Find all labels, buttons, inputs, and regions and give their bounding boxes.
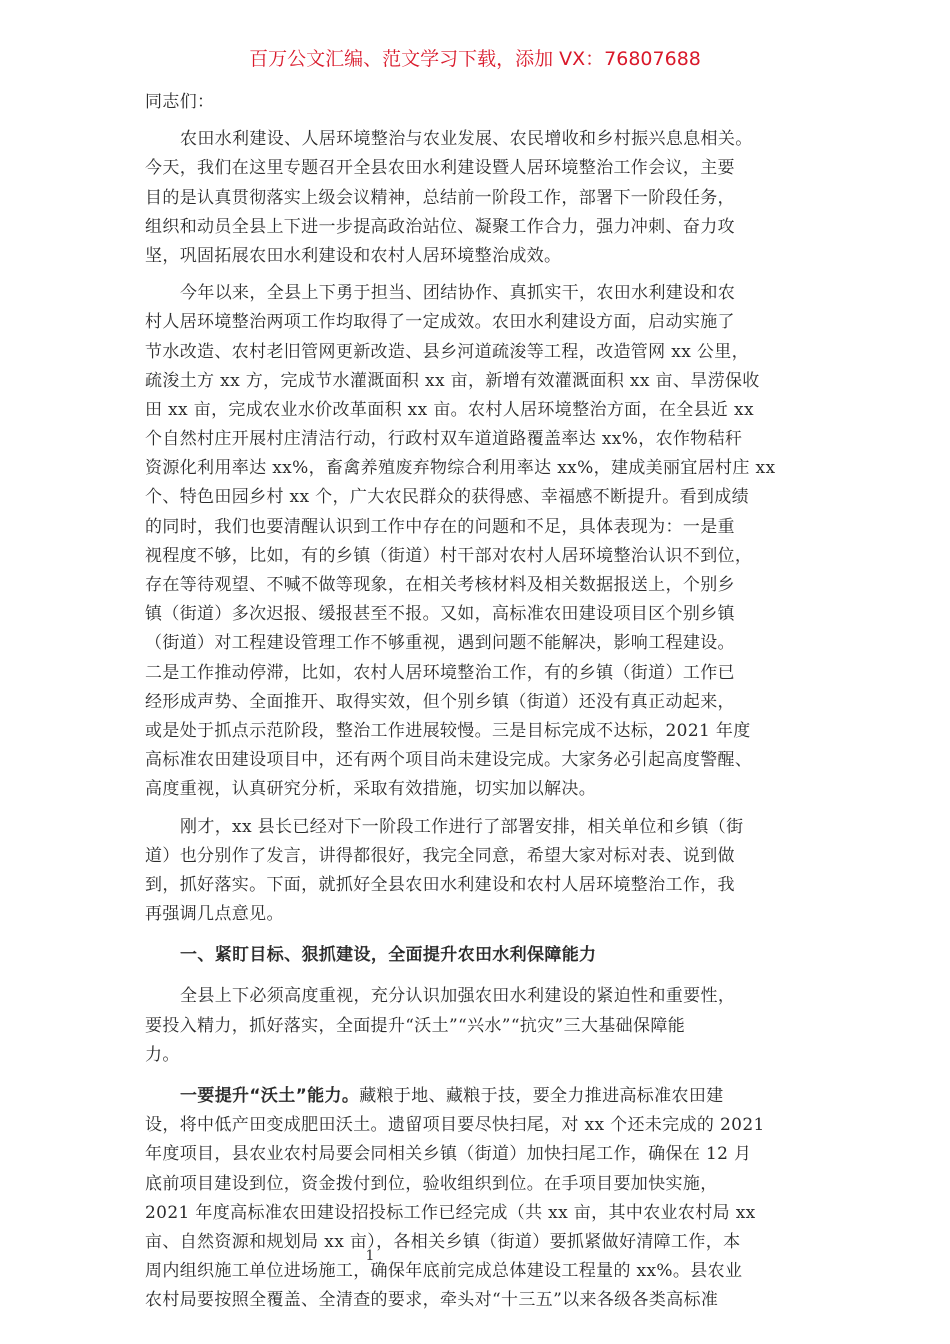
- paragraph-line: 村人居环境整治两项工作均取得了一定成效。农田水利建设方面，启动实施了: [145, 308, 810, 337]
- paragraph-line: 坚，巩固拓展农田水利建设和农村人居环境整治成效。: [145, 242, 810, 271]
- document-body: 同志们： 农田水利建设、人居环境整治与农业发展、农民增收和乡村振兴息息相关。 今…: [145, 88, 810, 1316]
- paragraph-line: 2021 年度高标准农田建设招投标工作已经完成（共 xx 亩，其中农业农村局 x…: [145, 1199, 810, 1228]
- paragraph-line: 目的是认真贯彻落实上级会议精神，总结前一阶段工作，部署下一阶段任务，: [145, 184, 810, 213]
- paragraph-line: 疏浚土方 xx 方，完成节水灌溉面积 xx 亩，新增有效灌溉面积 xx 亩、旱涝…: [145, 367, 810, 396]
- paragraph-line: 周内组织施工单位进场施工，确保年底前完成总体建设工程量的 xx%。县农业: [145, 1257, 810, 1286]
- section-paragraph: 全县上下必须高度重视，充分认识加强农田水利建设的紧迫性和重要性， 要投入精力，抓…: [145, 982, 810, 1070]
- subsection-first-line: 藏粮于地、藏粮于技，要全力推进高标准农田建: [359, 1086, 723, 1106]
- paragraph-line: 存在等待观望、不喊不做等现象，在相关考核材料及相关数据报送上，个别乡: [145, 571, 810, 600]
- paragraph-line: 高标准农田建设项目中，还有两个项目尚未建设完成。大家务必引起高度警醒、: [145, 746, 810, 775]
- paragraph-3: 刚才，xx 县长已经对下一阶段工作进行了部署安排，相关单位和乡镇（街 道）也分别…: [145, 813, 810, 930]
- paragraph-line: 刚才，xx 县长已经对下一阶段工作进行了部署安排，相关单位和乡镇（街: [145, 813, 810, 842]
- paragraph-line: 视程度不够，比如，有的乡镇（街道）村干部对农村人居环境整治认识不到位，: [145, 542, 810, 571]
- page-number: 1: [360, 1248, 380, 1264]
- paragraph-line: （街道）对工程建设管理工作不够重视，遇到问题不能解决，影响工程建设。: [145, 629, 810, 658]
- paragraph-line: 全县上下必须高度重视，充分认识加强农田水利建设的紧迫性和重要性，: [145, 982, 810, 1011]
- subsection-paragraph: 一要提升“沃土”能力。藏粮于地、藏粮于技，要全力推进高标准农田建 设，将中低产田…: [145, 1082, 810, 1316]
- paragraph-line: 个自然村庄开展村庄清洁行动，行政村双车道道路覆盖率达 xx%，农作物秸秆: [145, 425, 810, 454]
- paragraph-line: 组织和动员全县上下进一步提高政治站位、凝聚工作合力，强力冲刺、奋力攻: [145, 213, 810, 242]
- paragraph-line: 田 xx 亩，完成农业水价改革面积 xx 亩。农村人居环境整治方面，在全县近 x…: [145, 396, 810, 425]
- paragraph-line: 的同时，我们也要清醒认识到工作中存在的问题和不足，具体表现为：一是重: [145, 513, 810, 542]
- paragraph-line: 高度重视，认真研究分析，采取有效措施，切实加以解决。: [145, 775, 810, 804]
- paragraph-line: 一要提升“沃土”能力。藏粮于地、藏粮于技，要全力推进高标准农田建: [145, 1082, 810, 1111]
- paragraph-line: 二是工作推动停滞，比如，农村人居环境整治工作，有的乡镇（街道）工作已: [145, 659, 810, 688]
- section-heading: 一、紧盯目标、狠抓建设，全面提升农田水利保障能力: [145, 941, 810, 970]
- paragraph-line: 底前项目建设到位，资金拨付到位，验收组织到位。在手项目要加快实施，: [145, 1170, 810, 1199]
- paragraph-line: 道）也分别作了发言，讲得都很好，我完全同意，希望大家对标对表、说到做: [145, 842, 810, 871]
- salutation: 同志们：: [145, 88, 810, 117]
- paragraph-line: 经形成声势、全面推开、取得实效，但个别乡镇（街道）还没有真正动起来，: [145, 688, 810, 717]
- paragraph-line: 镇（街道）多次迟报、缓报甚至不报。又如，高标准农田建设项目区个别乡镇: [145, 600, 810, 629]
- paragraph-line: 个、特色田园乡村 xx 个，广大农民群众的获得感、幸福感不断提升。看到成绩: [145, 483, 810, 512]
- paragraph-line: 要投入精力，抓好落实，全面提升“沃土”“兴水”“抗灾”三大基础保障能: [145, 1012, 810, 1041]
- paragraph-line: 节水改造、农村老旧管网更新改造、县乡河道疏浚等工程，改造管网 xx 公里，: [145, 338, 810, 367]
- paragraph-line: 再强调几点意见。: [145, 900, 810, 929]
- paragraph-line: 或是处于抓点示范阶段，整治工作进展较慢。三是目标完成不达标，2021 年度: [145, 717, 810, 746]
- paragraph-2: 今年以来，全县上下勇于担当、团结协作、真抓实干，农田水利建设和农 村人居环境整治…: [145, 279, 810, 804]
- subsection-lead: 一要提升“沃土”能力。: [180, 1086, 359, 1106]
- paragraph-line: 今年以来，全县上下勇于担当、团结协作、真抓实干，农田水利建设和农: [145, 279, 810, 308]
- paragraph-line: 到，抓好落实。下面，就抓好全县农田水利建设和农村人居环境整治工作，我: [145, 871, 810, 900]
- paragraph-line: 设，将中低产田变成肥田沃土。遗留项目要尽快扫尾，对 xx 个还未完成的 2021: [145, 1111, 810, 1140]
- paragraph-1: 农田水利建设、人居环境整治与农业发展、农民增收和乡村振兴息息相关。 今天，我们在…: [145, 125, 810, 271]
- paragraph-line: 农村局要按照全覆盖、全清查的要求，牵头对“十三五”以来各级各类高标准: [145, 1286, 810, 1315]
- paragraph-line: 力。: [145, 1041, 810, 1070]
- paragraph-line: 今天，我们在这里专题召开全县农田水利建设暨人居环境整治工作会议，主要: [145, 154, 810, 183]
- paragraph-line: 亩、自然资源和规划局 xx 亩），各相关乡镇（街道）要抓紧做好清障工作，本: [145, 1228, 810, 1257]
- watermark-banner: 百万公文汇编、范文学习下载，添加 VX：76807688: [0, 44, 950, 71]
- paragraph-line: 农田水利建设、人居环境整治与农业发展、农民增收和乡村振兴息息相关。: [145, 125, 810, 154]
- paragraph-line: 资源化利用率达 xx%，畜禽养殖废弃物综合利用率达 xx%，建成美丽宜居村庄 x…: [145, 454, 810, 483]
- paragraph-line: 年度项目，县农业农村局要会同相关乡镇（街道）加快扫尾工作，确保在 12 月: [145, 1140, 810, 1169]
